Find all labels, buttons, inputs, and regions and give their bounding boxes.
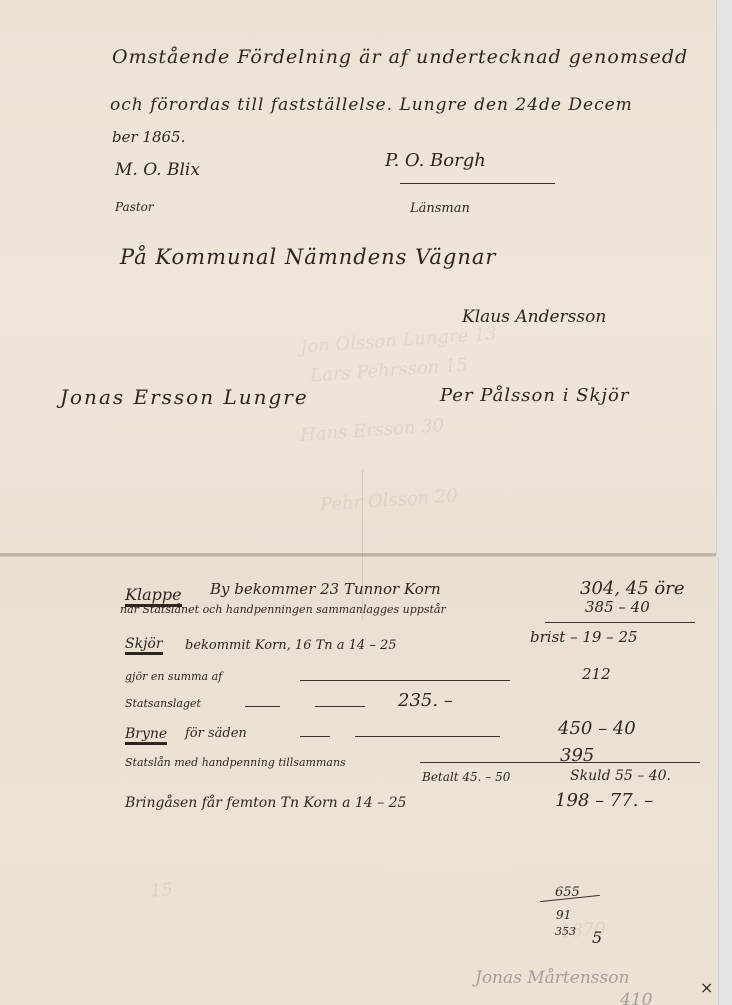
signature-pastor: M. O. Blix: [115, 160, 200, 180]
entry-label-bryne: Bryne: [125, 726, 167, 745]
blank-rule-1: [300, 680, 510, 681]
blank-rule-3: [315, 706, 365, 707]
entry-text-5: gjör en summa af: [125, 670, 222, 683]
entry-text-10: Bringåsen får femton Tn Korn a 14 – 25: [125, 795, 406, 811]
entry-amount-10: 198 – 77. –: [555, 790, 653, 811]
blank-rule-2: [245, 706, 280, 707]
title-pastor: Pastor: [115, 200, 154, 214]
entry-label-skjor: Skjör: [125, 636, 163, 655]
paper-fold: [0, 553, 716, 557]
entry-amount-3: brist – 19 – 25: [530, 628, 638, 646]
entry-amount-6: 235. –: [398, 690, 453, 711]
document-page: Jon Olsson Lungre 13 Lars Pehrsson 15 Ha…: [0, 0, 716, 1005]
entry-text-2: när Statslånet och handpenningen sammanl…: [120, 603, 446, 616]
approval-line-1: Omstående Fördelning är af undertecknad …: [112, 46, 688, 68]
committee-signature-2: Jonas Ersson Lungre: [60, 385, 309, 409]
blank-rule-4: [300, 736, 330, 737]
sum-rule-2: [420, 762, 700, 763]
committee-line: På Kommunal Nämndens Vägnar: [120, 245, 496, 269]
cross-mark: ×: [700, 978, 713, 997]
debt-amount: Skuld 55 – 40.: [570, 768, 671, 784]
approval-line-2: och förordas till fastställelse. Lungre …: [110, 95, 633, 115]
entry-amount-7: 450 – 40: [558, 718, 636, 739]
approval-line-3: ber 1865.: [112, 128, 185, 146]
title-lansman: Länsman: [410, 201, 470, 216]
sum-rule-1: [545, 622, 695, 623]
entry-amount-2: 385 – 40: [585, 598, 650, 616]
entry-text-4: bekommit Korn, 16 Tn a 14 – 25: [185, 638, 397, 653]
margin-calc-2: 91: [556, 908, 571, 922]
committee-signature-3: Per Pålsson i Skjör: [440, 385, 629, 406]
entry-text-6: Statsanslaget: [125, 697, 201, 710]
paid-amount: Betalt 45. – 50: [422, 770, 510, 784]
entry-text-1: By bekommer 23 Tunnor Korn: [210, 580, 441, 598]
signature-flourish: [400, 183, 555, 184]
signature-lansman: P. O. Borgh: [385, 150, 486, 171]
upper-sheet: [0, 0, 717, 555]
pencil-note-name: Jonas Mårtensson: [475, 968, 629, 988]
entry-amount-5: 212: [582, 665, 611, 683]
margin-calc-4: 5: [592, 928, 602, 947]
entry-amount-1: 304, 45 öre: [580, 578, 685, 599]
entry-text-7: för säden: [185, 726, 247, 741]
blank-rule-5: [355, 736, 500, 737]
pencil-note-number: 410: [620, 990, 652, 1005]
margin-calc-3: 353: [555, 925, 576, 938]
entry-text-8: Statslån med handpenning tillsammans: [125, 756, 346, 769]
committee-signature-1: Klaus Andersson: [462, 307, 606, 327]
